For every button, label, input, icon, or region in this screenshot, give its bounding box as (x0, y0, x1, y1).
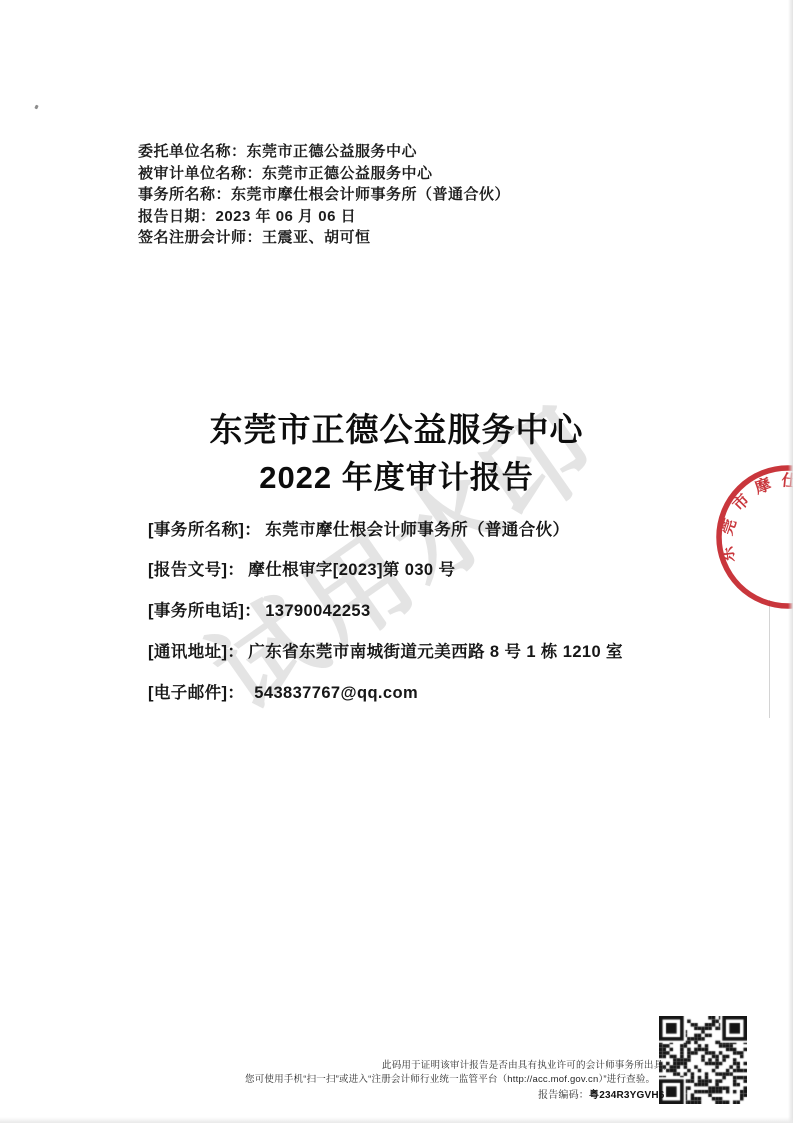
field-label: [事务所名称]： (148, 521, 261, 539)
meta-line-signing-cpas: 签名注册会计师：王震亚、胡可恒 (138, 227, 510, 249)
field-firm-name: [事务所名称]：东莞市摩仕根会计师事务所（普通合伙） (148, 516, 569, 540)
field-report-number: [报告文号]：摩仕根审字[2023]第 030 号 (148, 556, 455, 580)
page-edge-shade-right (788, 0, 793, 1123)
report-meta-block: 委托单位名称：东莞市正德公益服务中心 被审计单位名称：东莞市正德公益服务中心 事… (138, 141, 510, 249)
field-value: 543837767@qq.com (254, 684, 418, 702)
report-title-entity: 东莞市正德公益服务中心 (0, 404, 793, 451)
scan-speck (34, 105, 38, 110)
field-value: 13790042253 (265, 602, 370, 620)
footer-note-line2: 您可使用手机“扫一扫”或进入“注册会计师行业统一监管平台（http://acc.… (245, 1071, 655, 1085)
field-value: 摩仕根审字[2023]第 030 号 (248, 561, 455, 579)
field-label: [事务所电话]： (148, 602, 261, 620)
audit-report-cover-page: 试用水印 委托单位名称：东莞市正德公益服务中心 被审计单位名称：东莞市正德公益服… (0, 0, 793, 1123)
field-mailing-address: [通讯地址]：广东省东莞市南城街道元美西路 8 号 1 栋 1210 室 (148, 638, 623, 662)
meta-line-auditee: 被审计单位名称：东莞市正德公益服务中心 (138, 163, 510, 185)
report-code-label: 报告编码： (538, 1090, 589, 1101)
field-email: [电子邮件]：543837767@qq.com (148, 679, 418, 703)
cpa-firm-seal: 东莞市摩仕根会计师事务所 (708, 457, 793, 617)
field-label: [通讯地址]： (148, 643, 244, 661)
meta-line-firm: 事务所名称：东莞市摩仕根会计师事务所（普通合伙） (138, 184, 510, 206)
meta-line-client: 委托单位名称：东莞市正德公益服务中心 (138, 141, 510, 163)
field-label: [电子邮件]： (148, 684, 244, 702)
field-firm-phone: [事务所电话]：13790042253 (148, 597, 371, 621)
field-value: 东莞市摩仕根会计师事务所（普通合伙） (265, 521, 569, 539)
report-title-year: 2022 年度审计报告 (0, 452, 793, 497)
report-code-line: 报告编码：粤234R3YGVH6 (538, 1086, 665, 1101)
field-label: [报告文号]： (148, 561, 244, 579)
scan-crease-line (769, 600, 770, 718)
footer-note-line1: 此码用于证明该审计报告是否由具有执业许可的会计师事务所出具， (382, 1057, 673, 1071)
report-code-value: 粤234R3YGVH6 (589, 1090, 665, 1101)
meta-line-report-date: 报告日期：2023 年 06 月 06 日 (138, 206, 510, 228)
page-edge-shade-bottom (0, 1117, 793, 1123)
field-value: 广东省东莞市南城街道元美西路 8 号 1 栋 1210 室 (248, 643, 623, 661)
